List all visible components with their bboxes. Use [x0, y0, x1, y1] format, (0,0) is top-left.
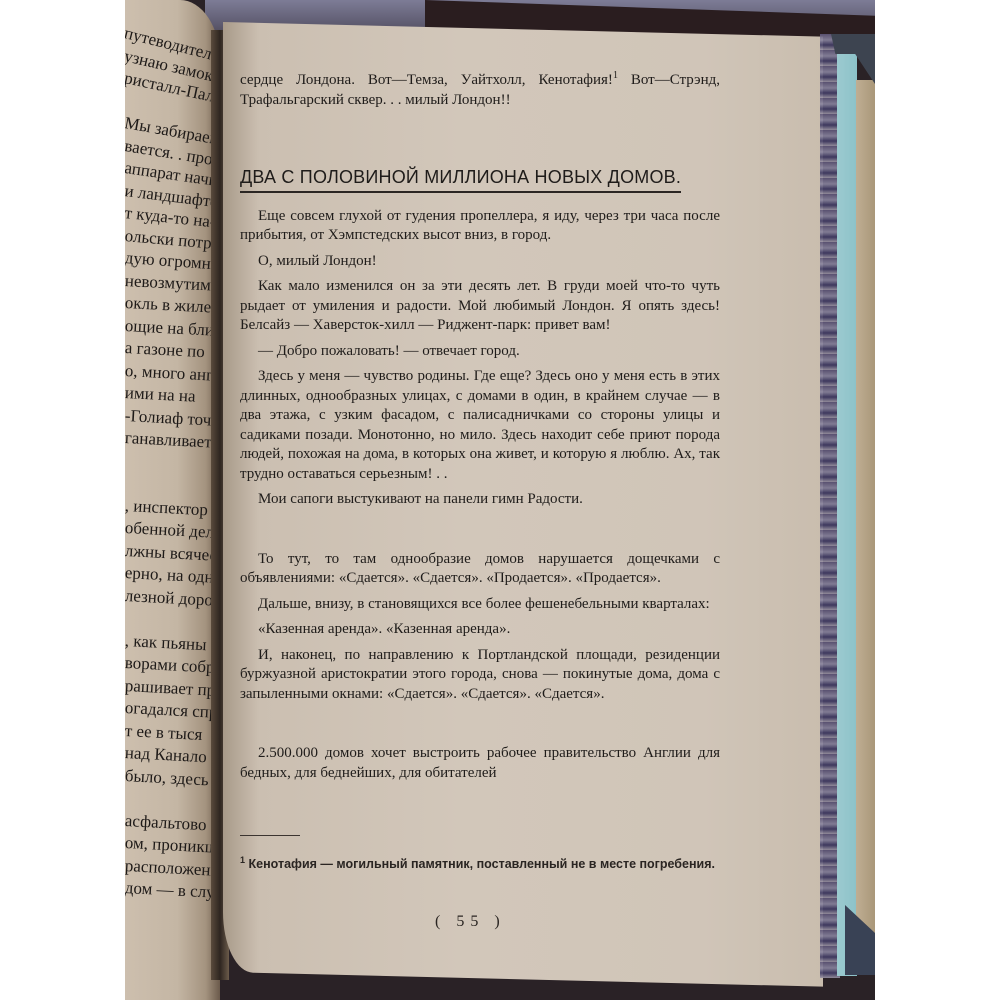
paragraph: То тут, то там однообразие домов нарушае… [240, 550, 720, 589]
left-page-line: ерно, на одн [125, 560, 214, 587]
left-page-line: ими на на [125, 380, 196, 406]
left-page-line [125, 785, 126, 807]
left-page-line [125, 88, 127, 110]
intro-text: сердце Лондона. Вот—Темза, Уайтхолл, Кен… [240, 66, 720, 110]
footnote-marker: 1 [613, 70, 618, 81]
section-2: То тут, то там однообразие домов нарушае… [240, 550, 720, 705]
left-page-line [125, 470, 126, 492]
left-page-line: лезной дорог [125, 583, 220, 610]
paragraph: «Казенная аренда». «Казенная аренда». [240, 620, 720, 640]
paragraph: 2.500.000 домов хочет выстроить рабочее … [240, 744, 720, 783]
left-page-line: было, здесь — [125, 763, 220, 790]
paragraph: — Добро пожаловать! — отвечает город. [240, 342, 720, 362]
paragraph: Как мало изменился он за эти десять лет.… [240, 277, 720, 336]
footnote-text: Кенотафия — могильный памятник, поставле… [249, 857, 716, 871]
footnote: 1 Кенотафия — могильный памятник, постав… [240, 852, 720, 872]
intro-line-1: сердце Лондона. Вот—Темза, Уайтхолл, Кен… [240, 72, 613, 88]
book-photo: путеводителузнаю замокристалл-ПаласМы за… [125, 0, 875, 1000]
page-number: ( 55 ) [435, 913, 506, 931]
left-page-line [125, 605, 126, 627]
paragraph: Здесь у меня — чувство родины. Где еще? … [240, 367, 720, 484]
left-page-line: дом — в слу [125, 875, 215, 902]
paragraph: И, наконец, по направлению к Портландско… [240, 646, 720, 705]
left-page-line: а газоне по [125, 335, 205, 361]
paragraph: Мои сапоги выстукивают на панели гимн Ра… [240, 490, 720, 510]
paragraph: Дальше, внизу, в становящихся все более … [240, 595, 720, 615]
section-3: 2.500.000 домов хочет выстроить рабочее … [240, 744, 720, 783]
cover-endpaper [837, 48, 857, 976]
section-1: Еще совсем глухой от гудения пропеллера,… [240, 207, 720, 510]
right-page-content: сердце Лондона. Вот—Темза, Уайтхолл, Кен… [240, 66, 720, 789]
paragraph: О, милый Лондон! [240, 252, 720, 272]
section-heading: Два с половиной миллиона новых домов. [240, 168, 681, 193]
footnote-number: 1 [240, 855, 245, 865]
cover-board [856, 80, 875, 960]
left-page-line [125, 448, 126, 470]
left-page-line: ганавливается [125, 425, 220, 452]
left-page: путеводителузнаю замокристалл-ПаласМы за… [125, 0, 220, 1000]
left-page-line: над Канало [125, 740, 207, 766]
paragraph: Еще совсем глухой от гудения пропеллера,… [240, 207, 720, 246]
footnote-rule [240, 835, 300, 836]
